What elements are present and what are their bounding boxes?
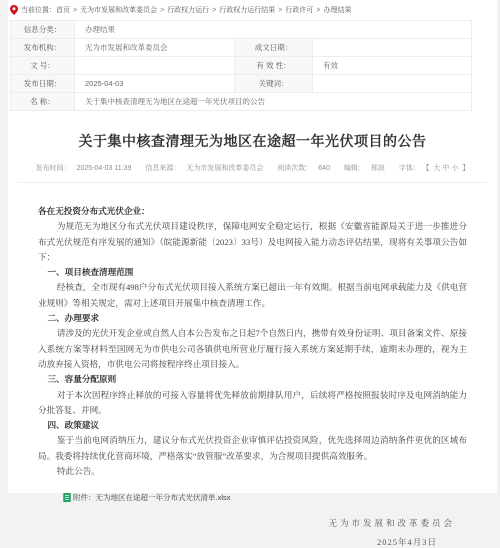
table-row: 信息分类： 办理结果 (11, 21, 472, 39)
breadcrumb-separator: > (73, 7, 77, 14)
section-1-text: 经核查，全市现有498户分布式光伏项目接入系统方案已超出一年有效期。根据当前电网… (38, 280, 467, 311)
page-title: 关于集中核查清理无为地区在途超一年光伏项目的公告 (8, 131, 497, 151)
info-value-publish-date: 2025-04-03 (75, 75, 235, 93)
section-4-heading: 四、政策建议 (38, 418, 467, 433)
section-1-heading: 一、项目核查清理范围 (38, 265, 467, 280)
breadcrumb-link-handling-results[interactable]: 办理结果 (323, 5, 351, 15)
breadcrumb-separator: > (278, 7, 282, 14)
breadcrumb-separator: > (160, 7, 164, 14)
section-2-text: 请涉及的光伏开发企业或自然人自本公告发布之日起7个自然日内，携带有效身份证明、项… (38, 326, 467, 372)
info-label-name: 名 称： (11, 93, 75, 111)
breadcrumb-link-operation-results[interactable]: 行政权力运行结果 (219, 5, 275, 15)
source-label: 信息来源：无为市发展和改革委员会 (142, 165, 266, 172)
location-pin-icon (10, 5, 18, 15)
intro-paragraph: 为规范无为地区分布式光伏项目建设秩序，保障电网安全稳定运行，根据《安徽省能源局关… (38, 219, 467, 265)
breadcrumb: 当前位置： 首页 > 无为市发展和改革委员会 > 行政权力运行 > 行政权力运行… (8, 0, 497, 19)
table-row: 发布日期： 2025-04-03 关键词： (11, 75, 472, 93)
info-value-category: 办理结果 (75, 21, 472, 39)
source-label-text: 信息来源： (145, 165, 180, 172)
info-label-publisher: 发布机构： (11, 39, 75, 57)
document-info-table: 信息分类： 办理结果 发布机构： 无为市发展和改革委员会 成文日期： 文 号： … (10, 20, 472, 111)
table-row: 文 号： 有 效 性： 有效 (11, 57, 472, 75)
info-label-keywords: 关键词： (235, 75, 313, 93)
views-label-text: 阅读次数： (277, 165, 312, 172)
section-3-text: 对于本次因程序终止释放的可接入容量将优先释放前期排队用户，后续将严格按照报装时序… (38, 388, 467, 419)
section-2-heading: 二、办理要求 (38, 311, 467, 326)
article-body: 各在无投资分布式光伏企业： 为规范无为地区分布式光伏项目建设秩序，保障电网安全稳… (8, 183, 497, 479)
article-meta: 发布时间：2025-04-03 11:39 信息来源：无为市发展和改革委员会 阅… (18, 163, 487, 183)
info-label-validity: 有 效 性： (235, 57, 313, 75)
editor-name: 邢波 (371, 165, 385, 172)
breadcrumb-link-power-operation[interactable]: 行政权力运行 (167, 5, 209, 15)
table-row: 名 称： 关于集中核查清理无为地区在途超一年光伏项目的公告 (11, 93, 472, 111)
section-3-heading: 三、容量分配原则 (38, 372, 467, 387)
publish-time-label: 发布时间：2025-04-03 11:39 (33, 165, 135, 172)
info-label-category: 信息分类： (11, 21, 75, 39)
info-label-doc-number: 文 号： (11, 57, 75, 75)
breadcrumb-link-home[interactable]: 首页 (56, 5, 70, 15)
breadcrumb-separator: > (316, 7, 320, 14)
info-value-doc-number (75, 57, 235, 75)
bracket-open: 【 (426, 165, 430, 172)
table-row: 发布机构： 无为市发展和改革委员会 成文日期： (11, 39, 472, 57)
font-size-medium-button[interactable]: 中 (442, 165, 449, 172)
font-size-large-button[interactable]: 大 (433, 165, 440, 172)
font-size-small-button[interactable]: 小 (451, 165, 458, 172)
salutation: 各在无投资分布式光伏企业： (38, 204, 467, 219)
closing-line: 特此公告。 (38, 464, 467, 479)
info-label-publish-date: 发布日期： (11, 75, 75, 93)
source-value: 无为市发展和改革委员会 (186, 165, 263, 172)
info-value-written-date (313, 39, 472, 57)
breadcrumb-link-admin-license[interactable]: 行政许可 (285, 5, 313, 15)
content-panel: 当前位置： 首页 > 无为市发展和改革委员会 > 行政权力运行 > 行政权力运行… (8, 0, 497, 493)
editor-label: 编辑：邢波 (341, 165, 388, 172)
info-value-validity: 有效 (313, 57, 472, 75)
breadcrumb-separator: > (212, 7, 216, 14)
breadcrumb-prefix: 当前位置： (21, 5, 56, 15)
section-4-text: 鉴于当前电网消纳压力，建议分布式光伏投资企业审慎评估投资风险，优先选择周边消纳条… (38, 433, 467, 464)
publish-time-label-text: 发布时间： (36, 165, 71, 172)
info-value-name: 关于集中核查清理无为地区在途超一年光伏项目的公告 (75, 93, 472, 111)
info-value-publisher: 无为市发展和改革委员会 (75, 39, 235, 57)
bracket-close: 】 (462, 165, 469, 172)
info-value-keywords (313, 75, 472, 93)
font-size-switcher: 字体：【大中小】 (396, 165, 473, 172)
views-count: 640 (318, 165, 330, 172)
publish-time-value: 2025-04-03 11:39 (77, 165, 132, 172)
font-size-label: 字体： (399, 165, 420, 172)
info-label-written-date: 成文日期： (235, 39, 313, 57)
editor-label-text: 编辑： (344, 165, 365, 172)
views-label: 阅读次数：640 (274, 165, 333, 172)
breadcrumb-link-committee[interactable]: 无为市发展和改革委员会 (80, 5, 157, 15)
